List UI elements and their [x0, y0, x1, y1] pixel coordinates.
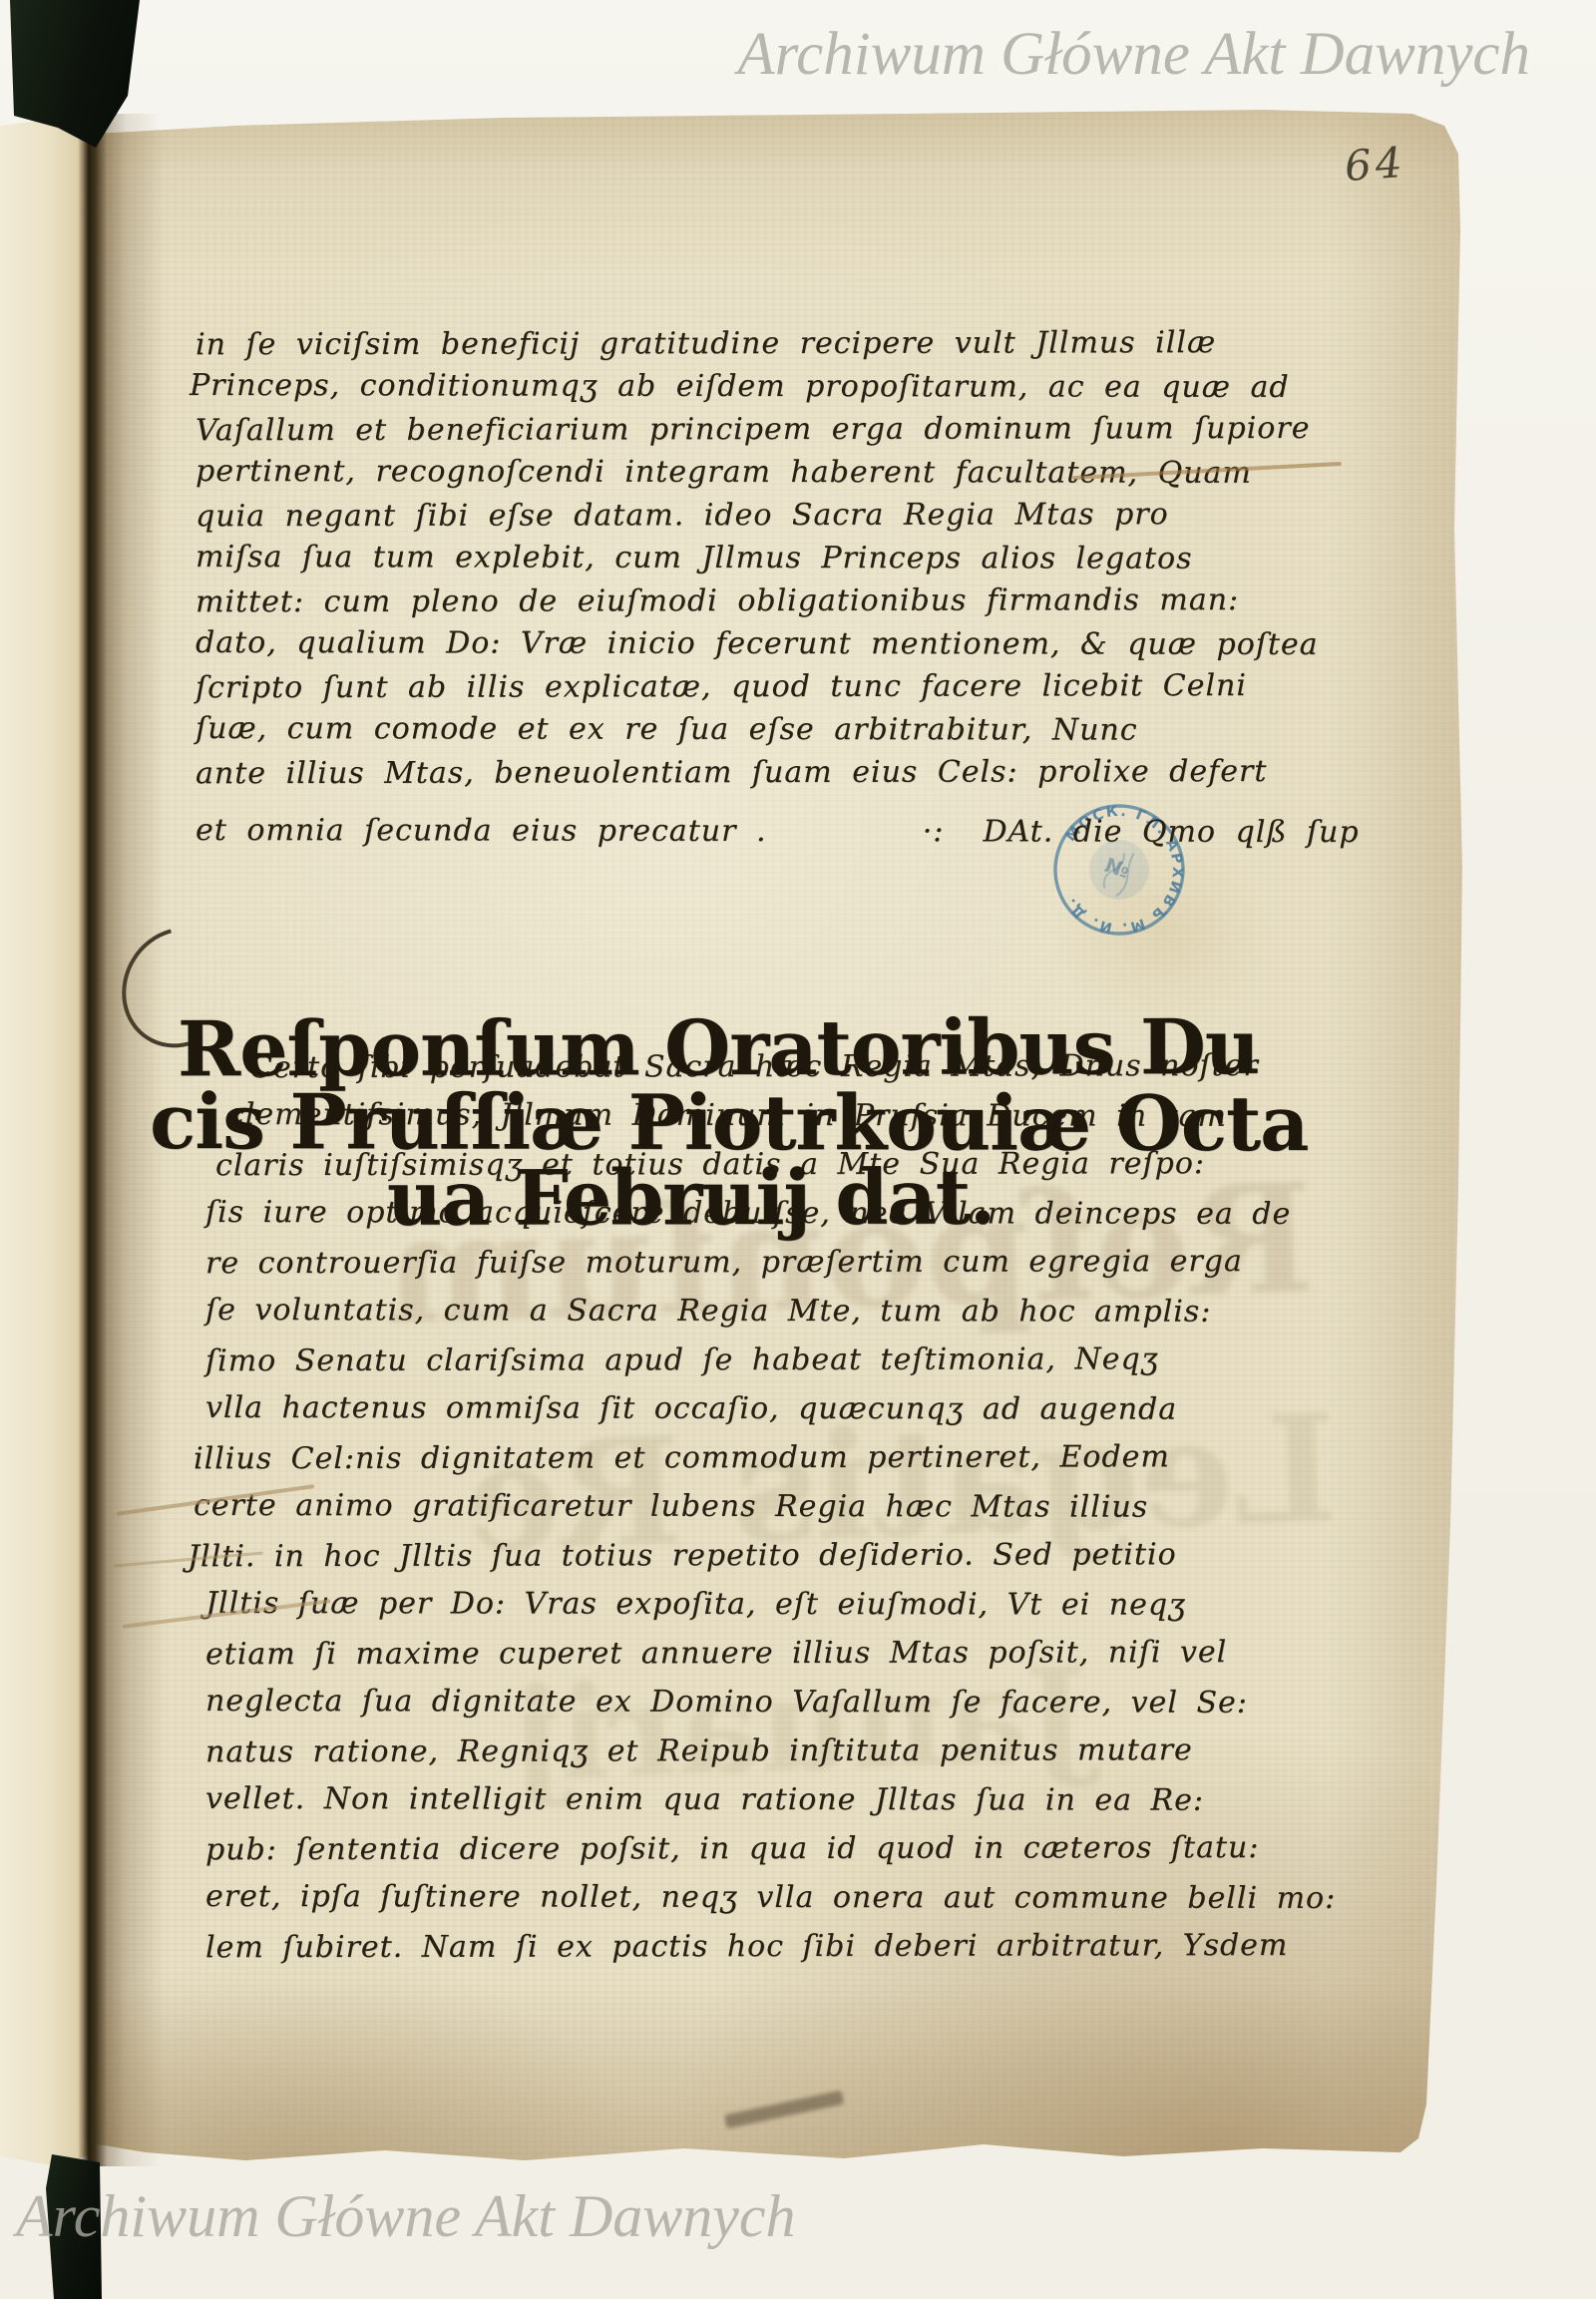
- manuscript-line: quia negant ſibi eſse datam. ideo Sacra …: [190, 493, 1387, 539]
- manuscript-line: certe animo gratificaretur lubens Regia …: [186, 1481, 1412, 1532]
- manuscript-line: ſcripto ſunt ab illis explicatæ, quod tu…: [190, 664, 1387, 710]
- manuscript-line: Princeps, conditionumqʒ ab eiſdem propoſ…: [190, 364, 1387, 409]
- heading-line: ua Februij dat.: [150, 1159, 1367, 1237]
- manuscript-line: miſsa ſua tum explebit, cum Jllmus Princ…: [190, 536, 1387, 580]
- manuscript-line: mittet: cum pleno de eiuſmodi obligation…: [190, 578, 1387, 624]
- manuscript-line: natus ratione, Regniqʒ et Reipub inſtitu…: [186, 1725, 1412, 1777]
- manuscript-line: in ſe viciſsim beneficij gratitudine rec…: [190, 321, 1387, 367]
- manuscript-line: vellet. Non intelligit enim qua ratione …: [186, 1774, 1412, 1825]
- manuscript-line: illius Cel:nis dignitatem et commodum pe…: [186, 1432, 1412, 1484]
- facing-page-edge: [0, 118, 96, 2166]
- manuscript-line: re controuerſia fuiſse moturum, præſerti…: [186, 1237, 1412, 1289]
- manuscript-line: pub: ſententia dicere poſsit, in qua id …: [186, 1823, 1412, 1875]
- manuscript-line: neglecta ſua dignitate ex Domino Vaſallu…: [186, 1677, 1412, 1727]
- manuscript-line: ſe voluntatis, cum a Sacra Regia Mte, tu…: [186, 1286, 1412, 1337]
- heading-line: Reſponſum Oratoribus Du: [150, 1009, 1367, 1087]
- manuscript-page: Reſponſum Legatis Re Januarij МОСК. ГЛ. …: [86, 110, 1466, 2166]
- manuscript-line: etiam ſi maxime cuperet annuere illius M…: [186, 1628, 1412, 1680]
- page-number: 64: [1343, 138, 1407, 191]
- manuscript-line: lem ſubiret. Nam ſi ex pactis hoc ſibi d…: [186, 1921, 1412, 1973]
- scanned-manuscript-photo: Reſponſum Legatis Re Januarij МОСК. ГЛ. …: [0, 0, 1596, 2299]
- manuscript-line: Jlltis ſuæ per Do: Vras expoſita, eſt ei…: [186, 1579, 1412, 1630]
- section-heading: Reſponſum Oratoribus Ducis Pruſſiæ Piotr…: [150, 744, 1367, 1235]
- manuscript-line: Jllti. in hoc Jlltis ſua totius repetito…: [186, 1530, 1412, 1582]
- ink-smudge: [724, 2091, 844, 2129]
- manuscript-line: Vaſallum et beneficiarium principem erga…: [190, 407, 1387, 453]
- manuscript-line: eret, ipſa ſuſtinere nollet, neqʒ vlla o…: [186, 1872, 1412, 1923]
- manuscript-line: vlla hactenus ommiſsa ſit occaſio, quæcu…: [186, 1383, 1412, 1434]
- heading-line: cis Pruſſiæ Piotrkouiæ Octa: [150, 1084, 1367, 1161]
- manuscript-line: ſimo Senatu clariſsima apud ſe habeat te…: [186, 1335, 1412, 1386]
- manuscript-line: dato, qualium Do: Vræ inicio fecerunt me…: [190, 621, 1387, 666]
